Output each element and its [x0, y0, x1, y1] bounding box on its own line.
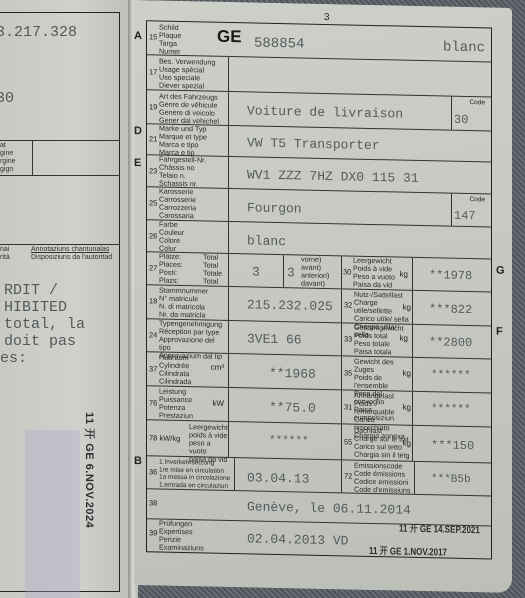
section-letter-g: G — [496, 265, 505, 277]
chassis-value: WV1 ZZZ 7HZ DX0 115 31 — [247, 167, 419, 186]
divider — [0, 175, 120, 176]
body-label: 25 KarosserieCarrosserie CarrozzeriaCaro… — [147, 187, 229, 221]
body-code: Code 147 — [451, 194, 491, 227]
inspection-stamp-2021: 11 开 GE 14.SEP.2021 — [399, 520, 480, 537]
displacement-label: 37 HubraumCylindrée CilindrataCilindrada… — [147, 352, 229, 387]
displacement-value: **1968 — [269, 366, 316, 382]
page-tint — [25, 430, 80, 598]
registration-form: 15 SchildPlaque TargaNumer GE 588854 bla… — [146, 20, 492, 559]
inspection-stamp-2017: 11 开 GE 1.NOV.2017 — [369, 542, 447, 559]
row-inspections: 39 PrüfungenExpertises PerizieExaminaziu… — [147, 519, 491, 560]
annotation-heading: Annotaziuns chantunalas Disposiziuns da … — [31, 246, 112, 262]
section-letter-a: A — [134, 30, 142, 42]
plate-note: blanc — [443, 39, 485, 56]
matricule-label: 18 StammnummerN° matricule N. di matrico… — [147, 285, 229, 320]
total-weight-label: 33 GesamtgewichtPoids total Peso totaleP… — [341, 323, 413, 357]
matricule-value: 215.232.025 — [247, 297, 333, 314]
left-top-number: 3.217.328 — [0, 24, 77, 41]
payload-label: 32 Nutz-/SattellastCharge utile/sellette… — [341, 289, 413, 324]
roof-load-label: 55 DachlastCharge sur le toit Carico sul… — [341, 424, 413, 461]
inspections-value: 02.04.2013 VD — [247, 531, 348, 548]
empty-weight-value: **1978 — [429, 268, 472, 283]
emission-code-value: ***B5b — [431, 473, 471, 486]
section-letter-d: D — [134, 125, 142, 137]
train-weight-value: ****** — [431, 369, 471, 382]
type-approval-label: 24 TypengenehmigungRéception par type Ap… — [147, 319, 229, 353]
body-value: Fourgon — [247, 200, 302, 216]
vehicle-type-code: Code 30 — [451, 97, 491, 131]
place-date-label: 38 — [147, 489, 159, 518]
inspections-label: 39 PrüfungenExpertises PerizieExaminaziu… — [147, 519, 229, 555]
make-model-value: VW T5 Transporter — [247, 135, 380, 153]
divider — [32, 140, 33, 175]
place-date-value: Genève, le 06.11.2014 — [247, 499, 411, 517]
seats-front-label: vorne)avant) anteriori)davant) — [301, 255, 341, 288]
type-approval-value: 3VE1 66 — [247, 331, 302, 347]
canton-code: GE — [217, 27, 242, 48]
section-letter-b: B — [134, 455, 142, 467]
right-page: 3 A D E B G F 15 SchildPlaque TargaNumer… — [134, 0, 512, 593]
power-value: **75.0 — [269, 400, 316, 416]
seats-front: 3 — [287, 265, 295, 280]
trailer-load-value: ****** — [431, 403, 471, 416]
section-letter-f: F — [496, 326, 503, 338]
vehicle-type-value: Voiture de livraison — [247, 103, 403, 121]
annotation-left-labels: nai rità — [0, 246, 10, 262]
plate-number: 588854 — [254, 36, 304, 53]
train-weight-label: 35 Gewicht des ZugesPoids de l'ensemble … — [341, 356, 413, 391]
power-weight-label: 78 kW/kg Leergewichtpoids à vide peso a … — [147, 420, 229, 457]
color-label: 26 FarbeCouleur ColoreColur — [147, 220, 229, 253]
emission-code-label: 72 EmissionscodeCode émissions Codice em… — [341, 460, 415, 494]
power-label: 76 LeistungPuissance PotenzaPrestaziun k… — [147, 386, 229, 421]
empty-weight-label: 30 LeergewichtPoids à vide Peso a vuotoP… — [341, 256, 413, 290]
divider — [283, 255, 284, 287]
seats-total: 3 — [252, 264, 260, 279]
left-field-value: 30 — [0, 90, 14, 107]
vehicle-type-label: 19 Art des FahrzeugsGenre de véhicule Ge… — [147, 90, 229, 125]
partial-label: at gine rgine gign — [0, 142, 16, 174]
seats-label: 27 Plätze:Places: Posti:Plazs: TotalTota… — [147, 252, 229, 286]
payload-value: ***822 — [429, 302, 472, 317]
left-page: 3.217.328 30 at gine rgine gign nai rità… — [0, 0, 130, 598]
special-use-label: 17 Bes. VerwendungUsage spécial Uso spec… — [147, 55, 229, 91]
roof-load-value: ***150 — [431, 438, 474, 453]
power-weight-value: ****** — [269, 435, 309, 448]
divider — [0, 244, 120, 245]
section-letter-e: E — [134, 157, 141, 169]
divider — [0, 140, 120, 141]
first-registration-label: 36 1.Inverkehrsetzung1re mise en circula… — [147, 456, 235, 490]
first-registration-value: 03.04.13 — [247, 470, 309, 486]
total-weight-value: **2800 — [429, 335, 472, 350]
chassis-label: 23 Fahrgestell-Nr.Châssis no Telaio n.Sc… — [147, 155, 229, 188]
page-number: 3 — [324, 12, 330, 23]
color-value: blanc — [247, 233, 286, 249]
annotation-text: RDIT / HIBITED total, la doit pas es: — [0, 282, 85, 367]
make-model-label: 21 Marke und TypMarque et type Marca e t… — [147, 124, 229, 156]
trailer-load-label: 31 AnhängelastPoids remorquable Carico r… — [341, 390, 413, 425]
inspection-stamp-vertical: 11 开 GE 6.NOV.2024 — [82, 412, 98, 528]
